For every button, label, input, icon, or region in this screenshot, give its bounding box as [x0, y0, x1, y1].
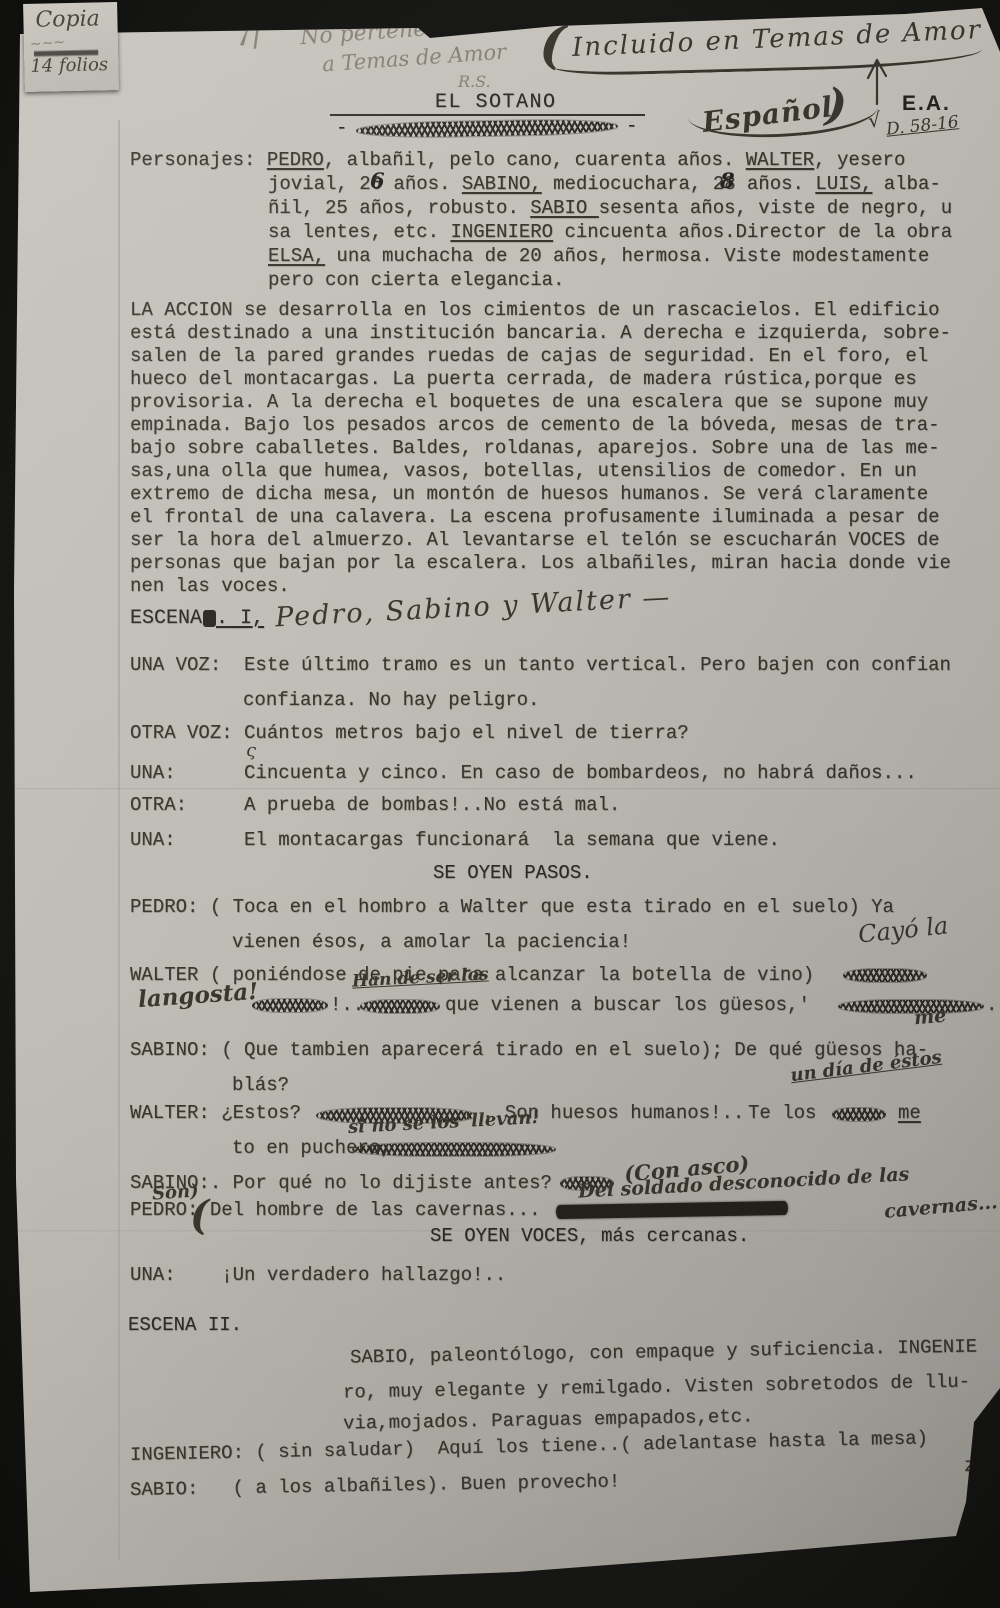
dialogue-una-4: UNA: ¡Un verdadero hallazgo!..: [130, 1265, 506, 1286]
accion-line-2: está destinado a una institución bancari…: [130, 323, 951, 344]
dialogue-otra-voz-1: OTRA VOZ: Cuántos metros bajo el nivel d…: [130, 723, 689, 744]
dialogue-walter-2a: WALTER: ¿Estos?: [130, 1103, 312, 1124]
paper-tag: Copia ~~~ 14 folios: [23, 2, 119, 92]
overwritten-digit-6: 6: [370, 168, 385, 193]
accion-line-12: personas que bajan por la escalera. Los …: [130, 553, 951, 574]
accion-line-10: el frontal de una calavera. La escena pr…: [130, 507, 940, 528]
dialogue-sabino-1b: blás?: [232, 1075, 289, 1096]
photographed-manuscript-page: ¡| No pertenece a Temas de Amor R.S. ( I…: [0, 0, 1000, 1608]
blacked-out-text: [556, 1201, 788, 1219]
accion-line-13: nen las voces.: [130, 576, 290, 597]
accion-line-1: LA ACCION se desarrolla en los cimientos…: [130, 300, 940, 321]
paper-sheet: ¡| No pertenece a Temas de Amor R.S. ( I…: [0, 0, 1000, 1608]
accion-line-11: ser la hora del almuerzo. Al levantarse …: [130, 530, 940, 551]
escena2-desc-3: via,mojados. Paraguas empapados,etc.: [343, 1406, 754, 1434]
subtitle-dash-left: -: [336, 118, 347, 139]
crossed-out-word: [252, 999, 328, 1012]
accion-line-8: sas,una olla que humea, vasos, botellas,…: [130, 461, 917, 482]
insert-mark: ς: [246, 740, 256, 761]
title-underline: [330, 114, 645, 116]
margin-z-mark: z: [964, 1456, 975, 1477]
dialogue-pedro-1: PEDRO: ( Toca en el hombro a Walter que …: [130, 897, 894, 918]
handwritten-big-paren: (: [190, 1192, 209, 1239]
dialogue-walter-1b: que vienen a buscar los güesos,': [445, 995, 810, 1016]
file-number: D. 58-16: [885, 112, 960, 140]
check-mark: √: [867, 107, 882, 132]
personajes-line-2: jovial, 26 años. SABINO, mediocuchara, 2…: [268, 174, 941, 195]
escena2-desc-2: ro, muy elegante y remilgado. Visten sob…: [343, 1372, 970, 1404]
stage-cue-pasos: SE OYEN PASOS.: [433, 863, 593, 884]
accion-line-6: empinada. Bajo los pesados arcos de ceme…: [130, 415, 940, 436]
ea-stamp: E.A.: [902, 92, 951, 116]
subtitle-dash-right: -: [626, 116, 637, 137]
pencil-note-initials: R.S.: [458, 72, 491, 91]
dialogue-una-3: UNA: El montacargas funcionará la semana…: [130, 830, 780, 851]
document-title: EL SOTANO: [435, 92, 557, 113]
personajes-line-5: ELSA, una muchacha de 20 años, hermosa. …: [268, 246, 929, 267]
stage-cue-voces: SE OYEN VOCES, más cercanas.: [430, 1226, 749, 1247]
tag-folios-label: 14 folios: [30, 54, 108, 77]
crossed-out-word: [838, 1000, 984, 1013]
tag-copia-label: Copia: [35, 6, 100, 32]
personajes-line-4: sa lentes, etc. INGENIERO cincuenta años…: [268, 222, 952, 243]
overwritten-digit-8: 8: [720, 168, 735, 193]
personajes-line-3: ñil, 25 años, robusto. SABIO sesenta año…: [268, 198, 952, 219]
personajes-line-1: Personajes: PEDRO, albañil, pelo cano, c…: [130, 150, 905, 171]
dialogue-walter-2d: me: [898, 1103, 921, 1124]
dialogue-sabio-1: SABIO: ( a los albañiles). Buen provecho…: [130, 1471, 621, 1501]
crossed-out-phrase: [352, 1143, 556, 1156]
overtyped-blot: [203, 610, 216, 627]
escena1-handwritten-cast: Pedro, Sabino y Walter —: [274, 582, 672, 634]
handwritten-me-insert: me: [913, 1005, 947, 1030]
scribbled-out-subtitle: [356, 119, 618, 139]
escena2-label: ESCENA II.: [128, 1315, 242, 1336]
tag-squiggle: ~~~: [29, 34, 65, 53]
accion-line-7: bajo sobre caballetes. Baldes, roldanas,…: [130, 438, 940, 459]
dialogue-ingeniero-1: INGENIERO: ( sin saludar) Aquí los tiene…: [130, 1428, 928, 1466]
dialogue-una-2: UNA: Cincuenta y cinco. En caso de bomba…: [130, 763, 917, 784]
accion-line-5: provisoria. A la derecha el boquetes de …: [130, 392, 928, 413]
horizontal-fold-crease: [0, 788, 1000, 791]
dialogue-pedro-1b: vienen ésos, a amolar la paciencia!: [232, 932, 631, 953]
accion-line-4: hueco del montacargas. La puerta cerrada…: [130, 369, 917, 390]
dialogue-otra-2: OTRA: A prueba de bombas!..No está mal.: [130, 795, 620, 816]
handwritten-cavernas: cavernas...: [883, 1191, 998, 1223]
dialogue-walter-1b-dot: .: [986, 995, 997, 1016]
dialogue-una-voz-1: UNA VOZ: Este último tramo es un tanto v…: [130, 655, 951, 676]
escena1-number: . I,: [216, 608, 264, 629]
personajes-line-6: pero con cierta elegancia.: [268, 270, 564, 291]
dialogue-una-voz-1b: confianza. No hay peligro.: [243, 690, 539, 711]
vertical-fold-crease: [118, 120, 120, 1560]
pencil-strokes: ¡|: [238, 13, 265, 51]
dialogue-walter-2c: Te los: [748, 1103, 828, 1124]
escena2-desc-1: SABIO, paleontólogo, con empaque y sufic…: [350, 1337, 977, 1369]
dialogue-sabino-1: SABINO: ( Que tambien aparecerá tirado e…: [130, 1040, 928, 1061]
crossed-out-word: [360, 1000, 440, 1013]
accion-line-9: extremo de dicha mesa, un montón de hues…: [130, 484, 928, 505]
escena1-label: ESCENA: [130, 608, 202, 629]
accion-line-3: salen de la pared grandes ruedas de caja…: [130, 346, 928, 367]
crossed-out-word: [843, 969, 927, 982]
crossed-out-word: [832, 1108, 886, 1121]
